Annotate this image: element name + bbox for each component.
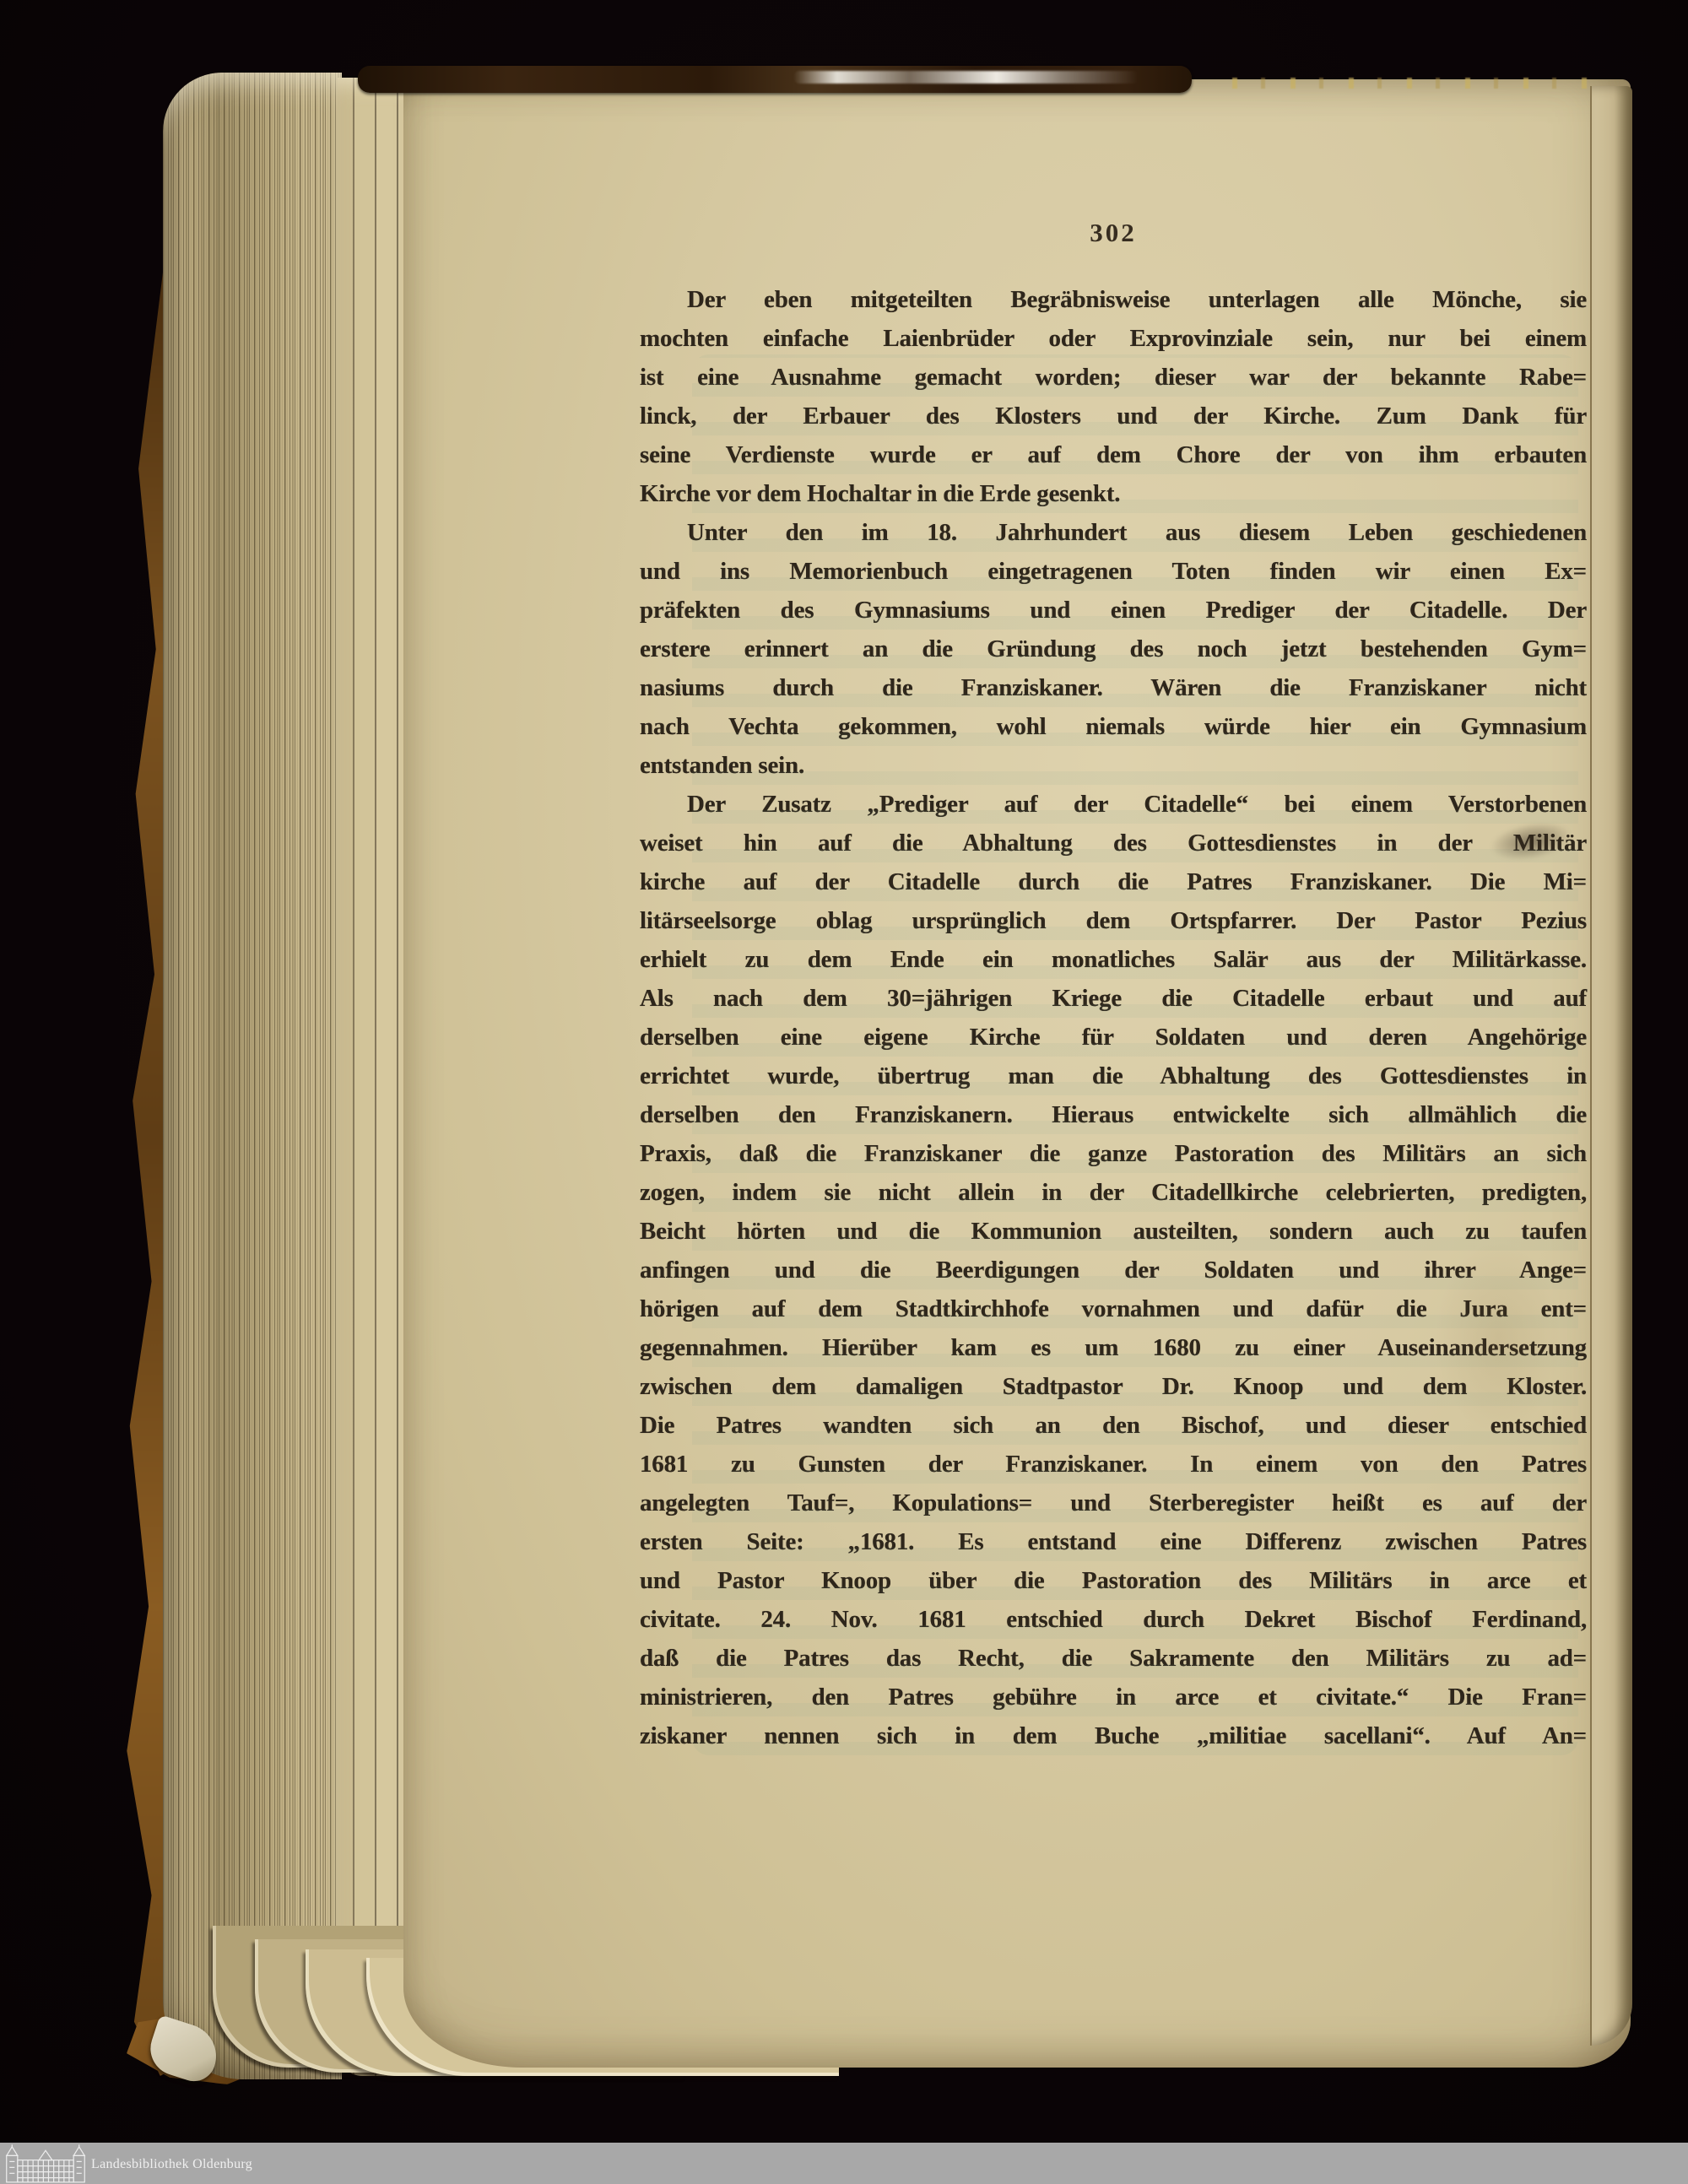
text-line: litärseelsorge oblag ursprünglich dem Or…: [640, 901, 1587, 940]
text-line: Praxis, daß die Franziskaner die ganze P…: [640, 1134, 1587, 1173]
text-line: daß die Patres das Recht, die Sakramente…: [640, 1639, 1587, 1678]
text-line: errichtet wurde, übertrug man die Abhalt…: [640, 1057, 1587, 1095]
right-page-edge: [1590, 86, 1632, 2046]
text-line: Kirche vor dem Hochaltar in die Erde ges…: [640, 474, 1587, 513]
page-number: 302: [640, 218, 1587, 248]
text-line: erstere erinnert an die Gründung des noc…: [640, 630, 1587, 668]
text-line: kirche auf der Citadelle durch die Patre…: [640, 862, 1587, 901]
text-line: präfekten des Gymnasiums und einen Predi…: [640, 591, 1587, 630]
text-line: nasiums durch die Franziskaner. Wären di…: [640, 668, 1587, 707]
text-line: ersten Seite: „1681. Es entstand eine Di…: [640, 1522, 1587, 1561]
book-scan-viewport: 302 Der eben mitgeteilten Begräbnisweise…: [0, 0, 1688, 2184]
paper-stain: [1435, 1241, 1561, 1435]
text-line: derselben den Franziskanern. Hieraus ent…: [640, 1095, 1587, 1134]
page-text: Der eben mitgeteilten Begräbnisweise unt…: [640, 280, 1587, 1755]
text-line: weiset hin auf die Abhaltung des Gottesd…: [640, 824, 1587, 862]
library-name: Landesbibliothek Oldenburg: [91, 2157, 252, 2172]
text-line: Der Zusatz „Prediger auf der Citadelle“ …: [640, 785, 1587, 824]
text-line: ministrieren, den Patres gebühre in arce…: [640, 1678, 1587, 1716]
text-line: linck, der Erbauer des Klosters und der …: [640, 397, 1587, 435]
text-line: civitate. 24. Nov. 1681 entschied durch …: [640, 1600, 1587, 1639]
text-line: Der eben mitgeteilten Begräbnisweise unt…: [640, 280, 1587, 319]
text-line: nach Vechta gekommen, wohl niemals würde…: [640, 707, 1587, 746]
page-stack-fore-edge: [163, 73, 342, 2079]
text-line: ist eine Ausnahme gemacht worden; dieser…: [640, 358, 1587, 397]
text-line: 1681 zu Gunsten der Franziskaner. In ein…: [640, 1445, 1587, 1484]
library-watermark-bar: [0, 2143, 1688, 2184]
text-line: Unter den im 18. Jahrhundert aus diesem …: [640, 513, 1587, 552]
text-line: seine Verdienste wurde er auf dem Chore …: [640, 435, 1587, 474]
text-line: Als nach dem 30=jährigen Kriege die Cita…: [640, 979, 1587, 1018]
text-line: mochten einfache Laienbrüder oder Exprov…: [640, 319, 1587, 358]
binding-tape-glint: [793, 71, 1156, 84]
page-top-speckles: [1207, 78, 1602, 89]
text-line: und ins Memorienbuch eingetragenen Toten…: [640, 552, 1587, 591]
text-line: zogen, indem sie nicht allein in der Cit…: [640, 1173, 1587, 1212]
text-line: ziskaner nennen sich in dem Buche „milit…: [640, 1716, 1587, 1755]
text-line: erhielt zu dem Ende ein monatliches Salä…: [640, 940, 1587, 979]
library-building-icon: [5, 2144, 86, 2183]
text-line: und Pastor Knoop über die Pastoration de…: [640, 1561, 1587, 1600]
text-line: angelegten Tauf=, Kopulations= und Sterb…: [640, 1484, 1587, 1522]
text-line: entstanden sein.: [640, 746, 1587, 785]
text-line: derselben eine eigene Kirche für Soldate…: [640, 1018, 1587, 1057]
